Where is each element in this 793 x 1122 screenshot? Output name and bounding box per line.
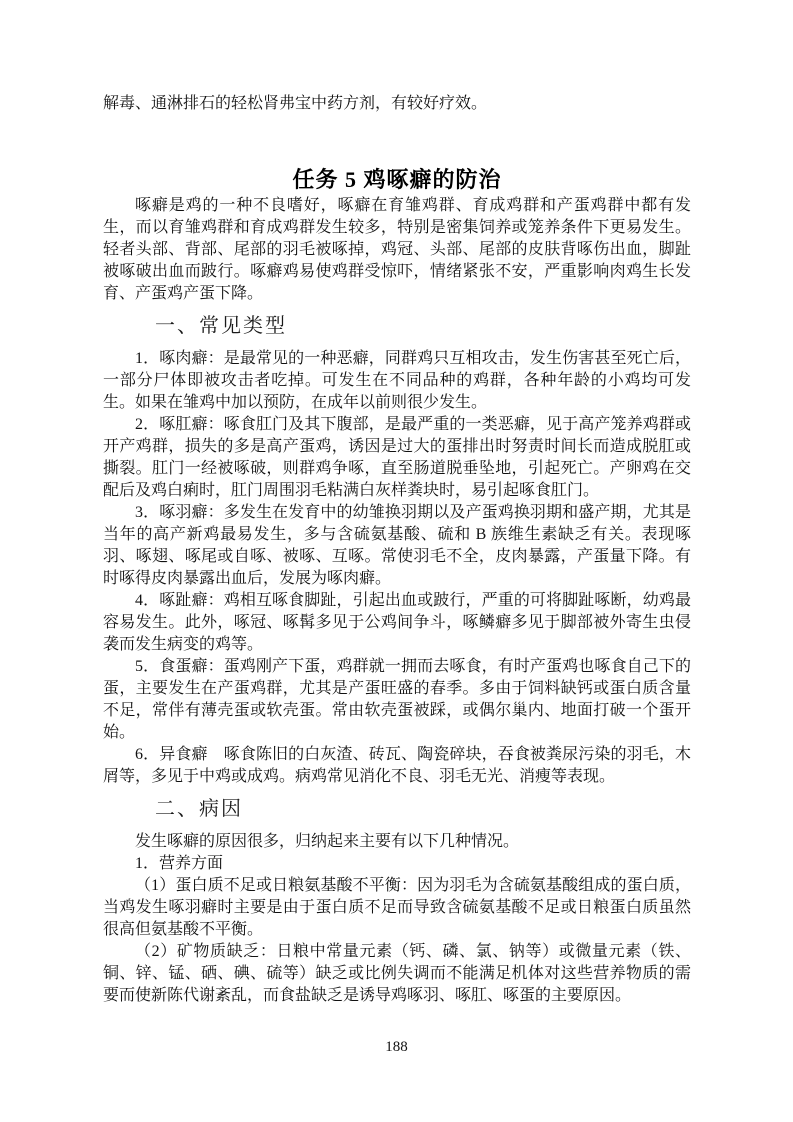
list-item-pecking-flesh: 1．啄肉癖：是最常见的一种恶癖，同群鸡只互相攻击，发生伤害甚至死亡后，一部分尸体… xyxy=(103,348,691,414)
causes-subheading-nutrition: 1．营养方面 xyxy=(103,853,691,875)
intro-paragraph: 解毒、通淋排石的轻松肾弗宝中药方剂，有较好疗效。 xyxy=(103,93,691,115)
list-item-pecking-toes: 4．啄趾癖：鸡相互啄食脚趾，引起出血或跛行，严重的可将脚趾啄断，幼鸡最容易发生。… xyxy=(103,590,691,656)
causes-intro-paragraph: 发生啄癖的原因很多，归纳起来主要有以下几种情况。 xyxy=(103,831,691,853)
text-column: 解毒、通淋排石的轻松肾弗宝中药方剂，有较好疗效。 任务 5 鸡啄癖的防治 啄癖是… xyxy=(103,0,691,1007)
section-heading-causes: 二、病因 xyxy=(103,796,691,823)
page-title: 任务 5 鸡啄癖的防治 xyxy=(103,165,691,195)
list-item-pica: 6．异食癖 啄食陈旧的白灰渣、砖瓦、陶瓷碎块，吞食被粪尿污染的羽毛，木屑等，多见… xyxy=(103,744,691,788)
document-page: 解毒、通淋排石的轻松肾弗宝中药方剂，有较好疗效。 任务 5 鸡啄癖的防治 啄癖是… xyxy=(0,0,793,1122)
causes-item-minerals: （2）矿物质缺乏：日粮中常量元素（钙、磷、氯、钠等）或微量元素（铁、铜、锌、锰、… xyxy=(103,941,691,1007)
list-item-pecking-vent: 2．啄肛癖：啄食肛门及其下腹部，是最严重的一类恶癖，见于高产笼养鸡群或开产鸡群，… xyxy=(103,414,691,502)
list-item-pecking-feathers: 3．啄羽癖：多发生在发育中的幼雏换羽期以及产蛋鸡换羽期和盛产期，尤其是当年的高产… xyxy=(103,502,691,590)
lead-paragraph: 啄癖是鸡的一种不良嗜好，啄癖在育雏鸡群、育成鸡群和产蛋鸡群中都有发生，而以育雏鸡… xyxy=(103,195,691,305)
page-number: 188 xyxy=(0,1039,793,1056)
section-heading-common-types: 一、常见类型 xyxy=(103,313,691,340)
causes-item-protein: （1）蛋白质不足或日粮氨基酸不平衡：因为羽毛为含硫氨基酸组成的蛋白质，当鸡发生啄… xyxy=(103,875,691,941)
list-item-egg-eating: 5．食蛋癖：蛋鸡刚产下蛋，鸡群就一拥而去啄食，有时产蛋鸡也啄食自己下的蛋，主要发… xyxy=(103,656,691,744)
